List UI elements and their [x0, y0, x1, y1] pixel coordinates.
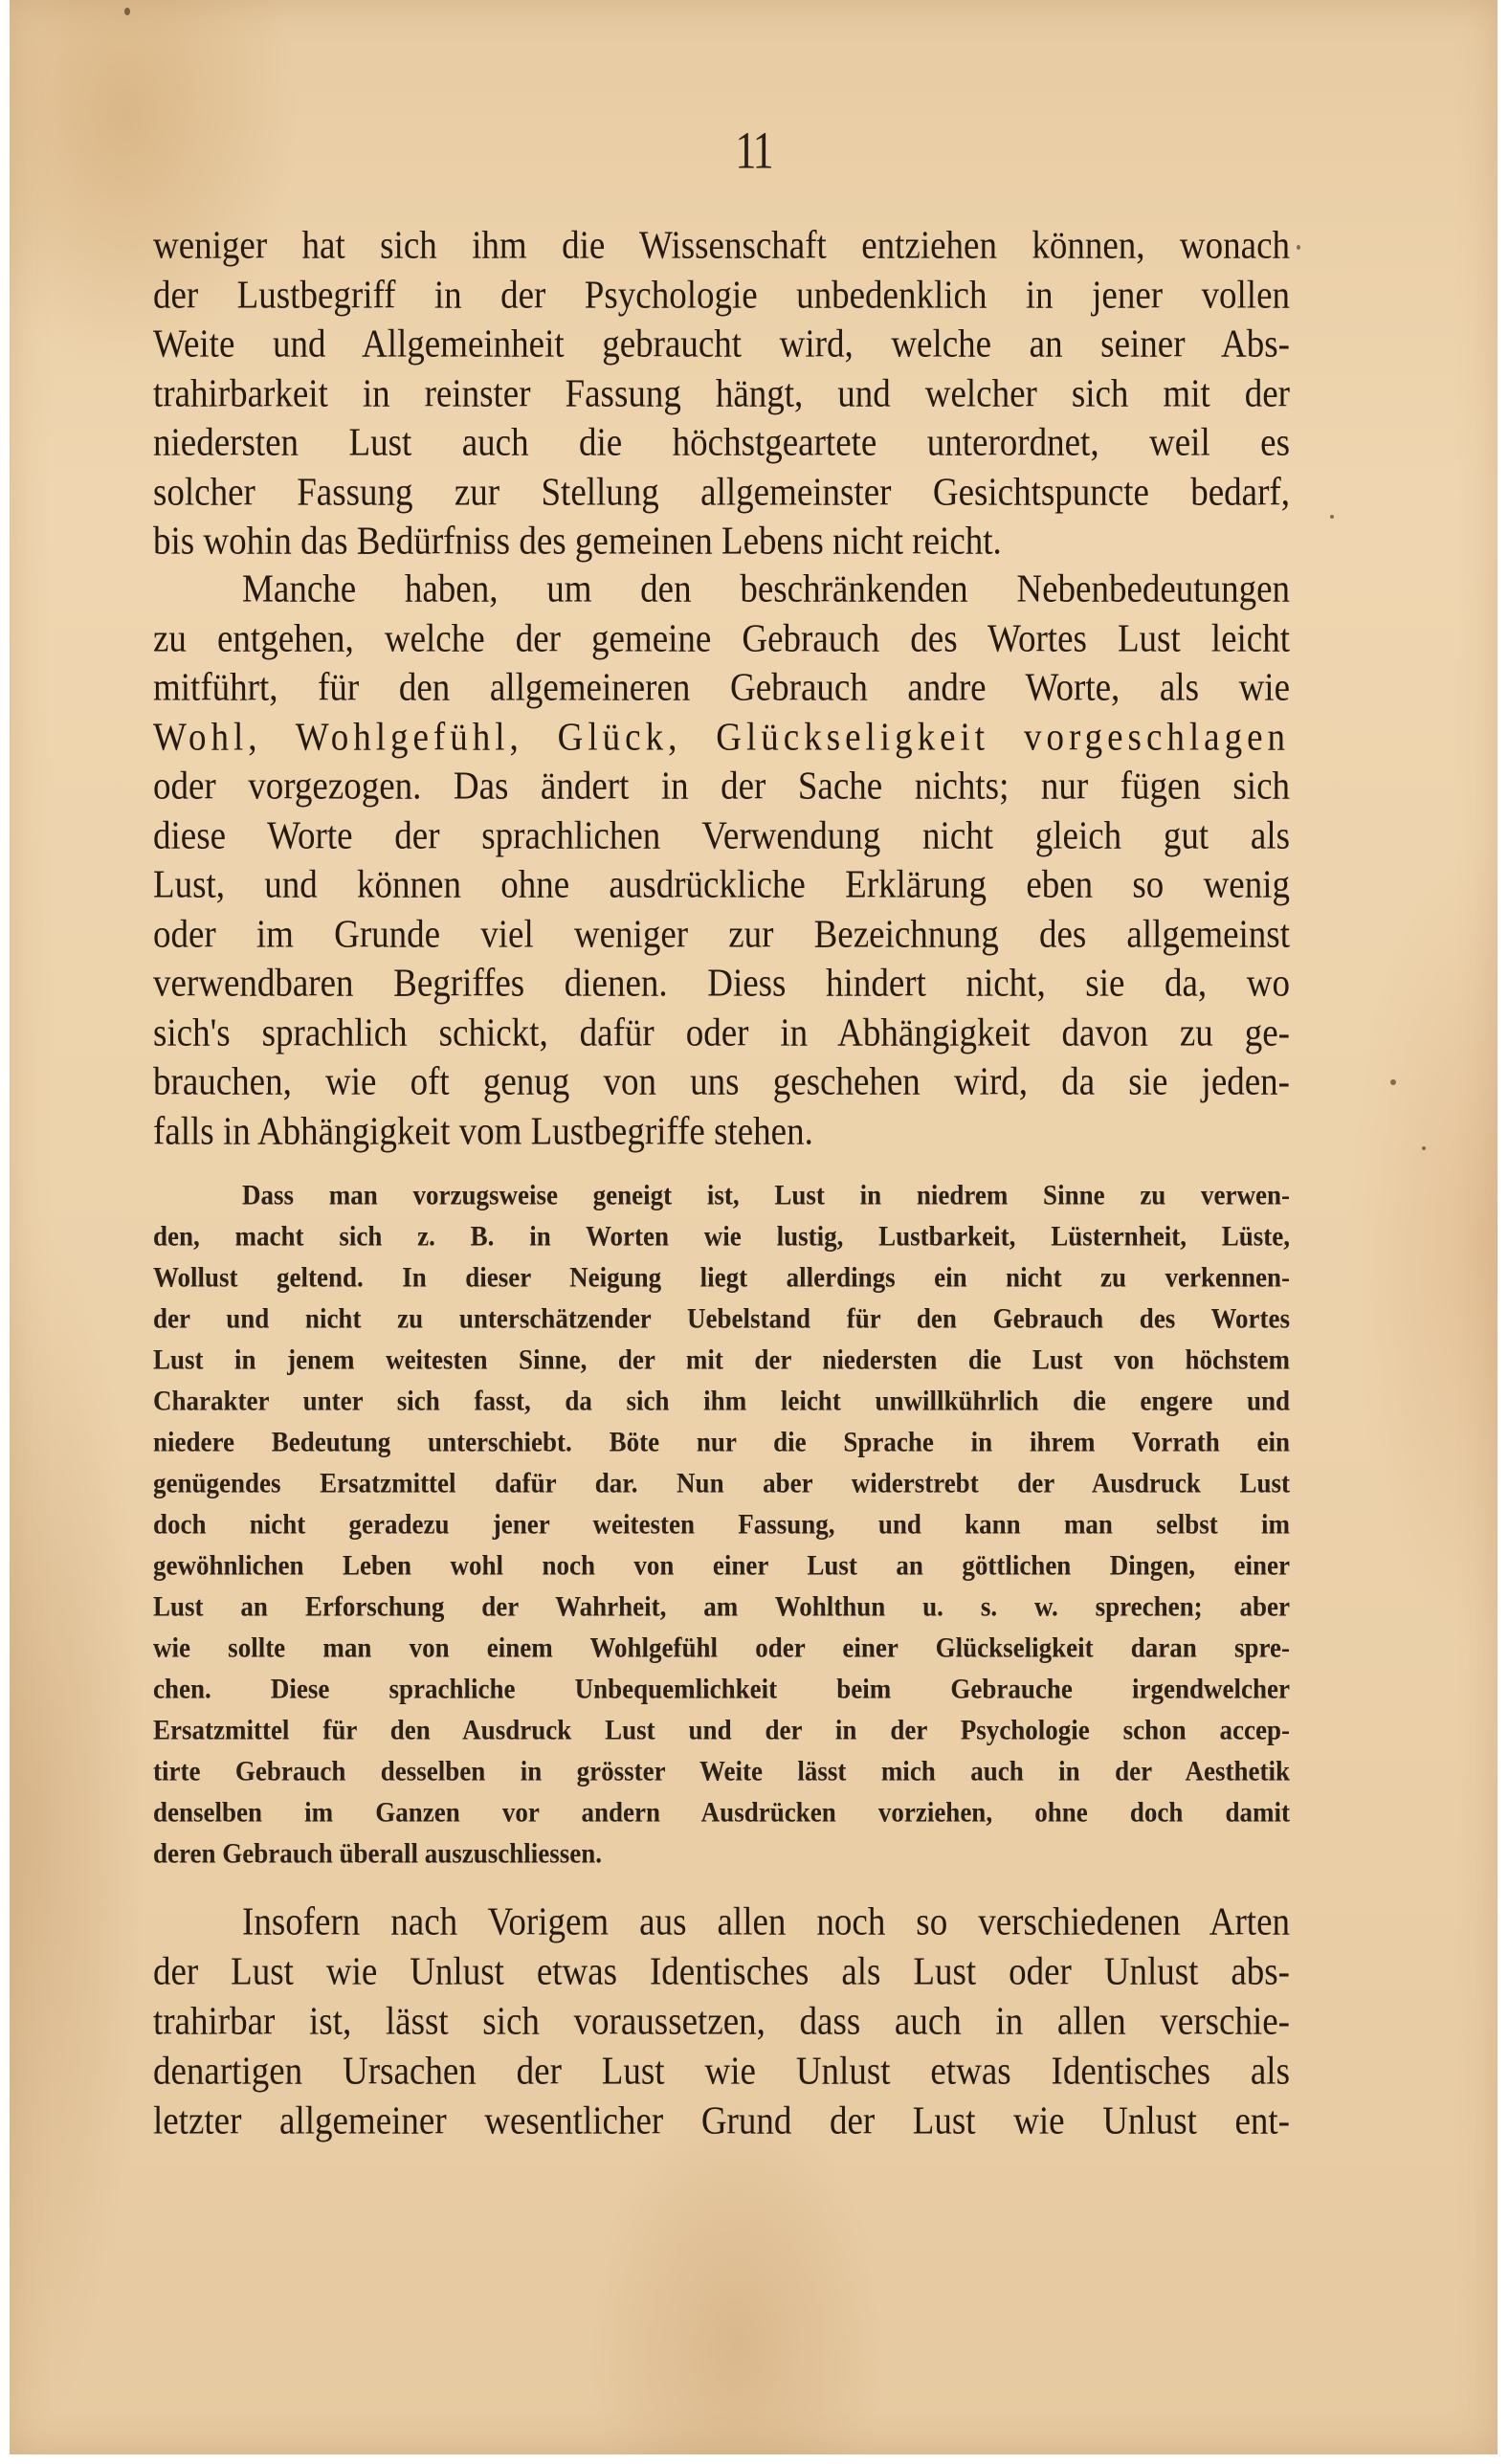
- text-line-spaced-terms: Wohl, Wohlgefühl, Glück, Glückseligkeit …: [153, 710, 1290, 766]
- paragraph-manche: Manche haben, um den beschränkenden Nebe…: [153, 562, 1290, 1153]
- footnote-line: den, macht sich z. B. in Worten wie lust…: [153, 1214, 1290, 1258]
- text-line: trahirbarkeit in reinster Fassung hängt,…: [153, 366, 1290, 422]
- text-line: oder im Grunde viel weniger zur Bezeichn…: [153, 907, 1290, 963]
- text-line: der Lust wie Unlust etwas Identisches al…: [153, 1944, 1290, 2000]
- footnote-line: gewöhnlichen Leben wohl noch von einer L…: [153, 1543, 1290, 1587]
- paper-speck: [1390, 1079, 1396, 1085]
- footnote-line: Wollust geltend. In dieser Neigung liegt…: [153, 1255, 1290, 1299]
- text-line: oder vorgezogen. Das ändert in der Sache…: [153, 759, 1290, 814]
- text-line: der Lustbegriff in der Psychologie unbed…: [153, 268, 1290, 323]
- footnote-line: deren Gebrauch überall auszuschliessen.: [153, 1831, 1290, 1876]
- paper-speck: [124, 8, 130, 15]
- footnote-line: chen. Diese sprachliche Unbequemlichkeit…: [153, 1667, 1290, 1711]
- footnote-line: Dass man vorzugsweise geneigt ist, Lust …: [153, 1173, 1290, 1217]
- footnote-line: niedere Bedeutung unterschiebt. Böte nur…: [153, 1420, 1290, 1464]
- paragraph-continuation: weniger hat sich ihm die Wissenschaft en…: [153, 218, 1290, 564]
- footnote-line: Lust an Erforschung der Wahrheit, am Woh…: [153, 1585, 1290, 1629]
- text-line: trahirbar ist, lässt sich voraussetzen, …: [153, 1994, 1290, 2050]
- footnote-line: tirte Gebrauch desselben in grösster Wei…: [153, 1749, 1290, 1793]
- paper-speck: [1422, 1146, 1426, 1150]
- text-line: denartigen Ursachen der Lust wie Unlust …: [153, 2044, 1290, 2099]
- text-line: zu entgehen, welche der gemeine Gebrauch…: [153, 611, 1290, 667]
- footnote-line: denselben im Ganzen vor andern Ausdrücke…: [153, 1790, 1290, 1834]
- text-line: verwendbaren Begriffes dienen. Diess hin…: [153, 956, 1290, 1011]
- text-line: Manche haben, um den beschränkenden Nebe…: [153, 562, 1290, 617]
- footnote-line: Charakter unter sich fasst, da sich ihm …: [153, 1379, 1290, 1423]
- text-line: niedersten Lust auch die höchstgeartete …: [153, 415, 1290, 471]
- page-number: 11: [10, 121, 1498, 182]
- text-line: mitführt, für den allgemeineren Gebrauch…: [153, 660, 1290, 716]
- footnote-line: Lust in jenem weitesten Sinne, der mit d…: [153, 1338, 1290, 1382]
- paper-speck: [1297, 245, 1300, 250]
- text-line: Insofern nach Vorigem aus allen noch so …: [153, 1895, 1290, 1950]
- footnote-line: genügendes Ersatzmittel dafür dar. Nun a…: [153, 1461, 1290, 1505]
- footnote-line: der und nicht zu unterschätzender Uebels…: [153, 1297, 1290, 1341]
- text-line: letzter allgemeiner wesentlicher Grund d…: [153, 2094, 1290, 2149]
- text-line: sich's sprachlich schickt, dafür oder in…: [153, 1006, 1290, 1061]
- paragraph-insofern: Insofern nach Vorigem aus allen noch so …: [153, 1895, 1290, 2143]
- text-line: brauchen, wie oft genug von uns geschehe…: [153, 1054, 1290, 1110]
- text-line: diese Worte der sprachlichen Verwendung …: [153, 809, 1290, 864]
- text-line: falls in Abhängigkeit vom Lustbegriffe s…: [153, 1104, 1290, 1160]
- book-page: 11 weniger hat sich ihm die Wissenschaft…: [10, 0, 1498, 2454]
- text-line: solcher Fassung zur Stellung allgemeinst…: [153, 465, 1290, 521]
- text-line: weniger hat sich ihm die Wissenschaft en…: [153, 218, 1290, 274]
- footnote-line: wie sollte man von einem Wohlgefühl oder…: [153, 1626, 1290, 1670]
- footnote-line: doch nicht geradezu jener weitesten Fass…: [153, 1502, 1290, 1546]
- text-line: Lust, und können ohne ausdrückliche Erkl…: [153, 857, 1290, 913]
- footnote-line: Ersatzmittel für den Ausdruck Lust und d…: [153, 1708, 1290, 1752]
- paper-speck: [1330, 515, 1334, 519]
- text-line: Weite und Allgemeinheit gebraucht wird, …: [153, 317, 1290, 372]
- footnote: Dass man vorzugsweise geneigt ist, Lust …: [153, 1173, 1290, 1873]
